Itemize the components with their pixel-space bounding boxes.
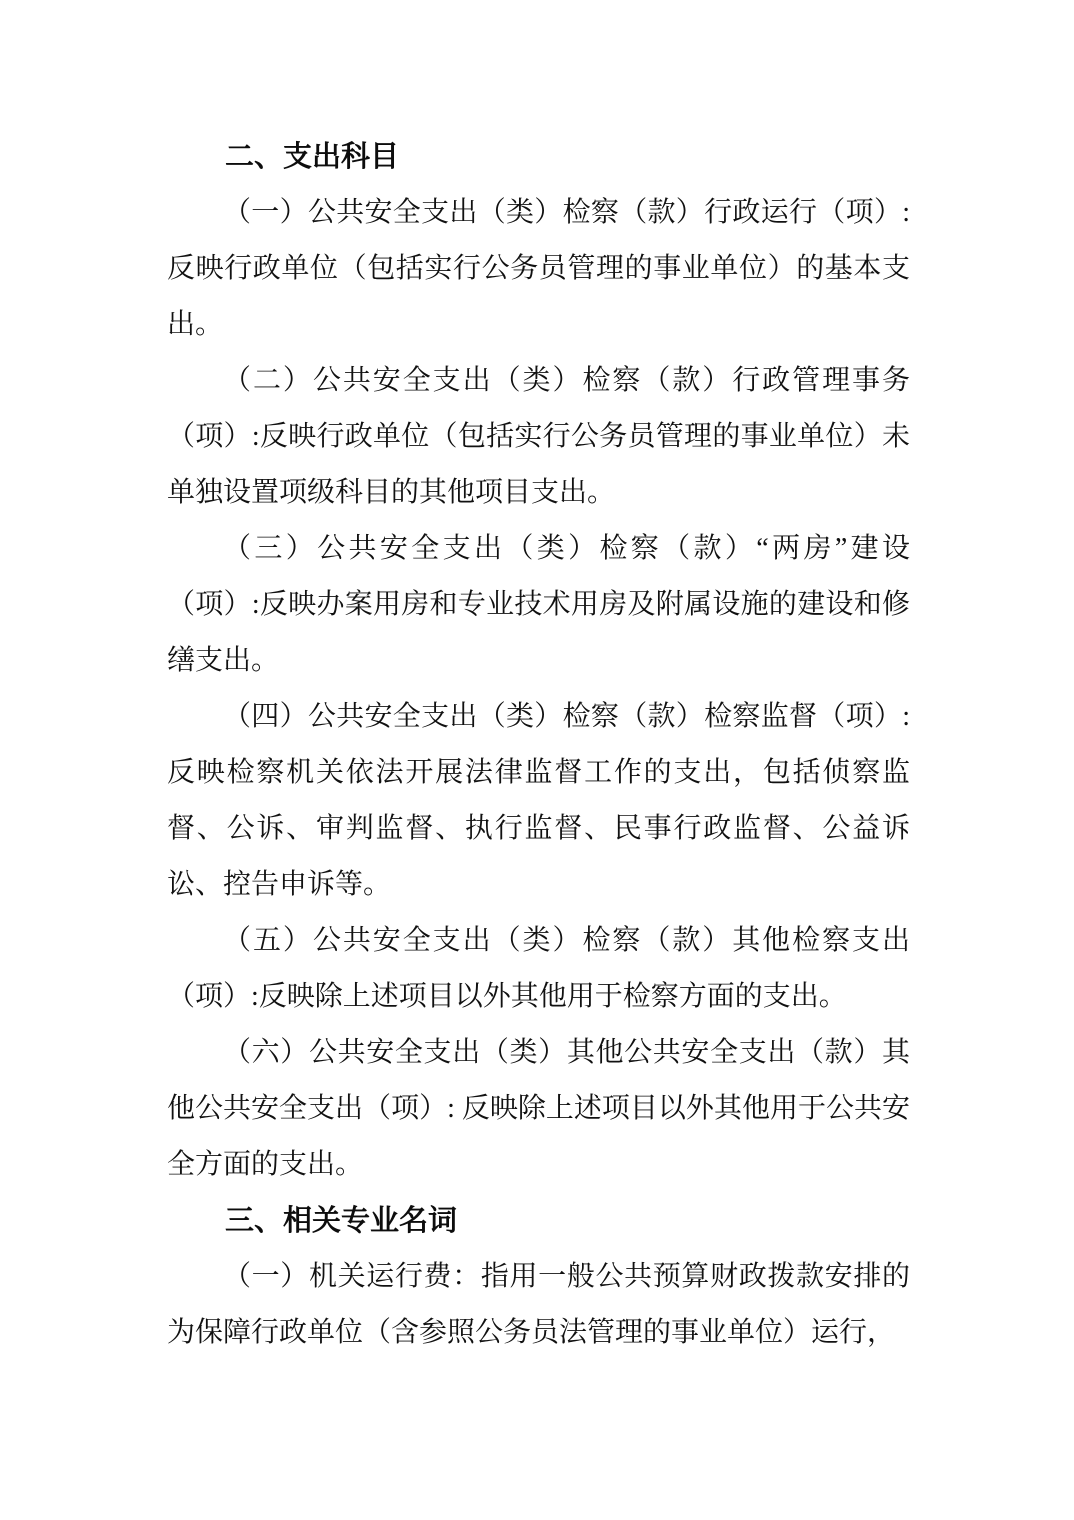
body-paragraph: （二）公共安全支出（类）检察（款）行政管理事务（项）:反映行政单位（包括实行公务… [167,353,910,521]
body-paragraph: （一）公共安全支出（类）检察（款）行政运行（项）:反映行政单位（包括实行公务员管… [167,185,910,353]
section-heading: 三、相关专业名词 [167,1193,910,1249]
body-paragraph: （六）公共安全支出（类）其他公共安全支出（款）其他公共安全支出（项）: 反映除上… [167,1025,910,1193]
body-paragraph: （四）公共安全支出（类）检察（款）检察监督（项）:反映检察机关依法开展法律监督工… [167,689,910,913]
body-paragraph: （五）公共安全支出（类）检察（款）其他检察支出（项）:反映除上述项目以外其他用于… [167,913,910,1025]
section-heading: 二、支出科目 [167,129,910,185]
body-paragraph: （三）公共安全支出（类）检察（款）“两房”建设（项）:反映办案用房和专业技术用房… [167,521,910,689]
document-body: 二、支出科目（一）公共安全支出（类）检察（款）行政运行（项）:反映行政单位（包括… [167,129,910,1361]
body-paragraph: （一）机关运行费：指用一般公共预算财政拨款安排的为保障行政单位（含参照公务员法管… [167,1249,910,1361]
document-page: 二、支出科目（一）公共安全支出（类）检察（款）行政运行（项）:反映行政单位（包括… [0,0,1074,1520]
